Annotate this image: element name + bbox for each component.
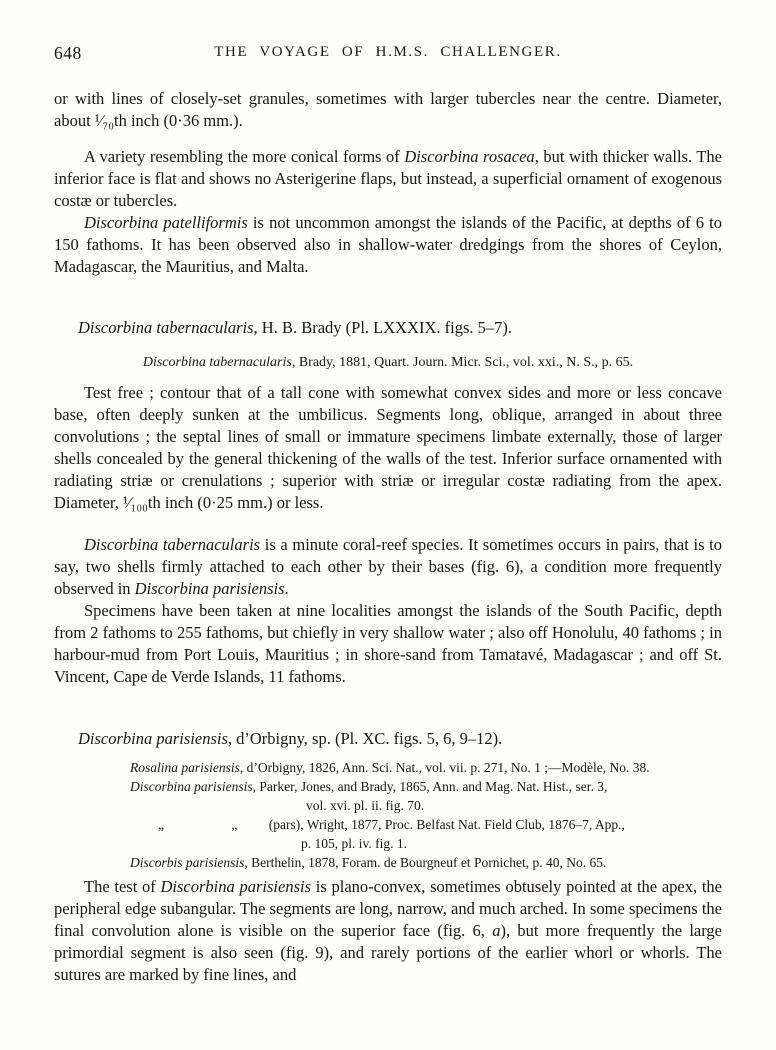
running-title: THE VOYAGE OF H.M.S. CHALLENGER. xyxy=(54,43,722,61)
page-number: 648 xyxy=(54,43,82,64)
species-heading-tabernacularis: Discorbina tabernacularis, H. B. Brady (… xyxy=(54,317,722,339)
text-run: Specimens have been taken at nine locali… xyxy=(54,601,722,686)
text-run: Discorbina parisiensis xyxy=(78,729,228,748)
text-run: Discorbina parisiensis xyxy=(135,579,285,598)
paragraph-text: The test of Discorbina parisiensis is pl… xyxy=(54,876,722,986)
text-run: Discorbina tabernacularis xyxy=(84,535,260,554)
citation-line: Rosalina parisiensis, d’Orbigny, 1826, A… xyxy=(54,758,722,777)
text-run: Discorbina parisiensis xyxy=(130,779,253,794)
text-run: Rosalina parisiensis xyxy=(130,760,240,775)
citation-text: (pars), Wright, 1877, Proc. Belfast Nat.… xyxy=(269,817,625,832)
citation-block-parisiensis: Rosalina parisiensis, d’Orbigny, 1826, A… xyxy=(54,758,722,872)
paragraph-test-description: Test free ; contour that of a tall cone … xyxy=(54,382,722,514)
text-run: A variety resembling the more conical fo… xyxy=(84,147,404,166)
text-run: or with lines of closely-set granules, s… xyxy=(54,89,722,130)
text-run: Discorbina parisiensis xyxy=(161,877,312,896)
text-run: Test free ; contour that of a tall cone … xyxy=(54,383,722,512)
paragraph-text: A variety resembling the more conical fo… xyxy=(54,146,722,212)
text-run: p. 105, pl. iv. fig. 1. xyxy=(301,836,407,851)
paragraph-text: Discorbina patelliformis is not uncommon… xyxy=(54,212,722,278)
text-run: , Brady, 1881, Quart. Journ. Micr. Sci.,… xyxy=(292,355,633,370)
book-page: 648 THE VOYAGE OF H.M.S. CHALLENGER. or … xyxy=(0,0,776,1050)
citation-line: p. 105, pl. iv. fig. 1. xyxy=(54,834,722,853)
text-run: Discorbina tabernacularis xyxy=(143,355,292,370)
species-heading-parisiensis: Discorbina parisiensis, d’Orbigny, sp. (… xyxy=(54,728,722,750)
text-run: , Berthelin, 1878, Foram. de Bourgneuf e… xyxy=(244,855,606,870)
paragraphs-variety-and-patelliformis: A variety resembling the more conical fo… xyxy=(54,146,722,278)
paragraph-text: Discorbina tabernacularis is a minute co… xyxy=(54,534,722,600)
text-run: , d’Orbigny, 1826, Ann. Sci. Nat., vol. … xyxy=(240,760,650,775)
text-run: Discorbis parisiensis xyxy=(130,855,244,870)
citation-line: Discorbis parisiensis, Berthelin, 1878, … xyxy=(54,853,722,872)
text-run: . xyxy=(285,579,289,598)
citation-line-ditto: „ „ (pars), Wright, 1877, Proc. Belfast … xyxy=(54,815,722,834)
paragraph-parisiensis-description: The test of Discorbina parisiensis is pl… xyxy=(54,876,722,986)
ditto-mark: „ xyxy=(231,815,265,834)
citation-tabernacularis: Discorbina tabernacularis, Brady, 1881, … xyxy=(54,353,722,372)
text-run: , Parker, Jones, and Brady, 1865, Ann. a… xyxy=(253,779,608,794)
paragraph-text: or with lines of closely-set granules, s… xyxy=(54,88,722,132)
paragraph-text: Test free ; contour that of a tall cone … xyxy=(54,382,722,514)
paragraph-granules-continuation: or with lines of closely-set granules, s… xyxy=(54,88,722,132)
text-run: , H. B. Brady (Pl. LXXXIX. figs. 5–7). xyxy=(254,318,512,337)
citation-line: vol. xvi. pl. ii. fig. 70. xyxy=(54,796,722,815)
citation-line: Discorbina parisiensis, Parker, Jones, a… xyxy=(54,777,722,796)
paragraph-text: Specimens have been taken at nine locali… xyxy=(54,600,722,688)
text-run: Discorbina patelliformis xyxy=(84,213,248,232)
text-run: Discorbina rosacea xyxy=(404,147,534,166)
paragraphs-coral-reef-and-localities: Discorbina tabernacularis is a minute co… xyxy=(54,534,722,688)
text-run: vol. xvi. pl. ii. fig. 70. xyxy=(306,798,424,813)
text-run: , d’Orbigny, sp. (Pl. XC. figs. 5, 6, 9–… xyxy=(228,729,502,748)
text-run: The test of xyxy=(84,877,161,896)
ditto-mark: „ xyxy=(158,815,228,834)
page-header: 648 THE VOYAGE OF H.M.S. CHALLENGER. xyxy=(54,43,722,61)
text-run: Discorbina tabernacularis xyxy=(78,318,254,337)
